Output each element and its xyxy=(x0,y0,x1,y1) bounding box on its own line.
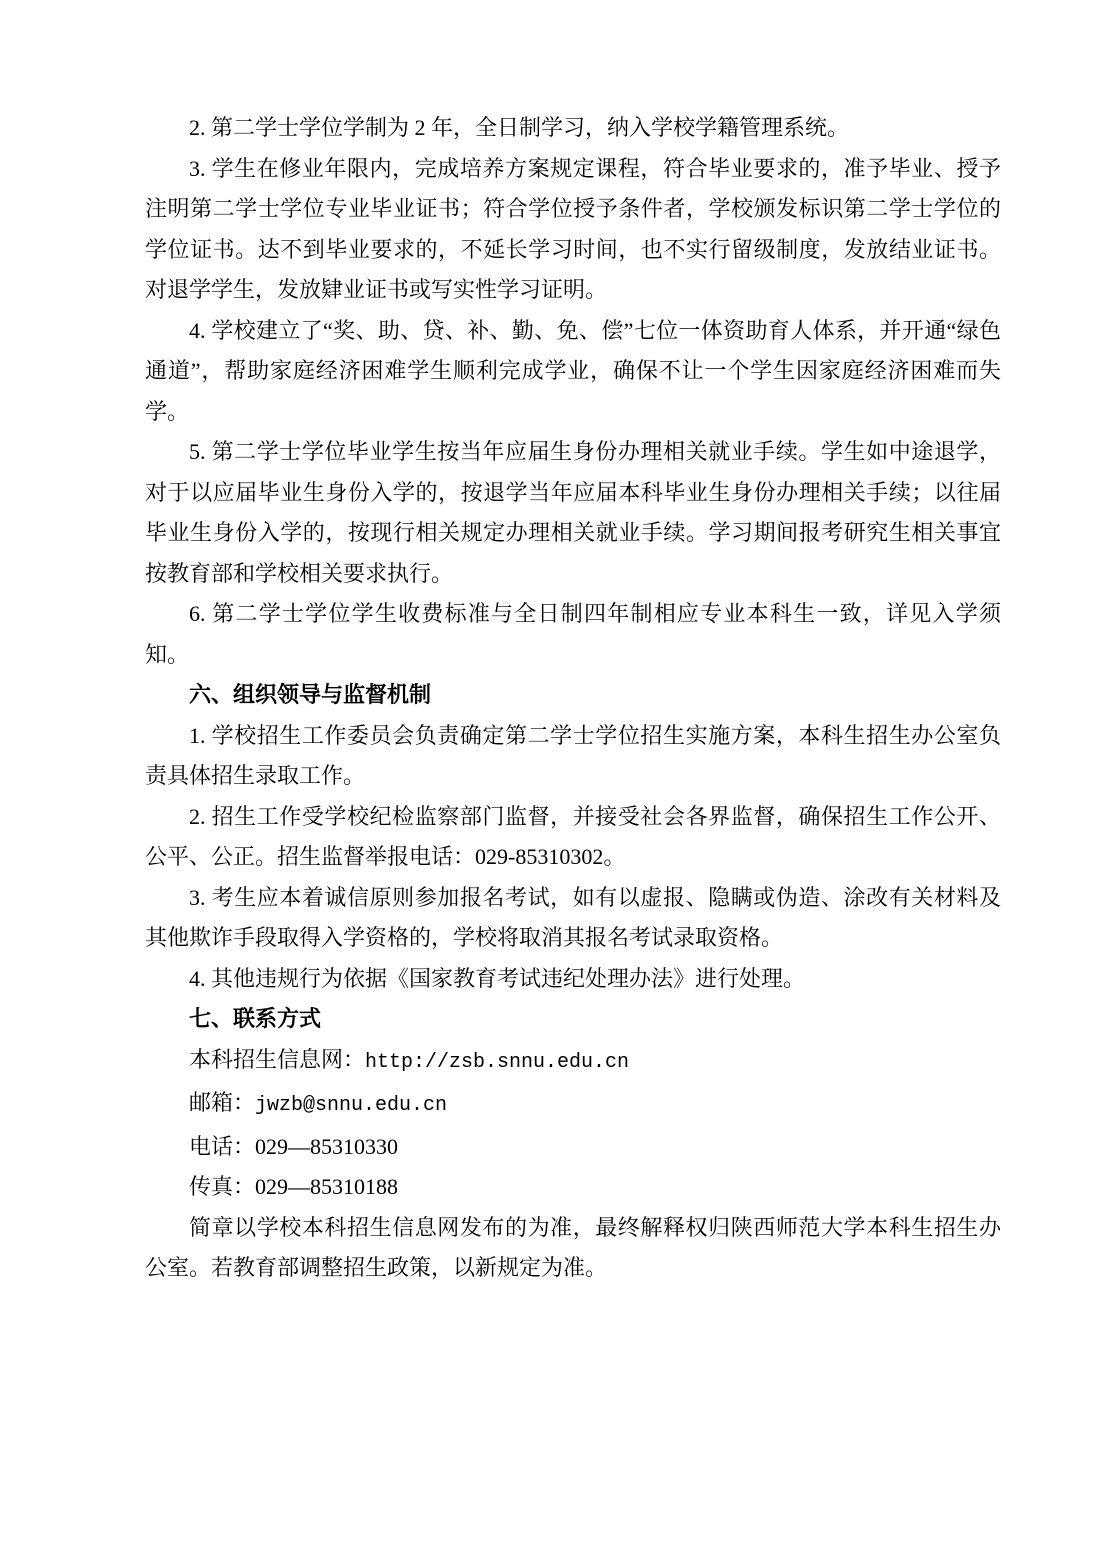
paragraph-graduation-rules: 3. 学生在修业年限内，完成培养方案规定课程，符合毕业要求的，准予毕业、授予注明… xyxy=(145,149,1001,311)
contact-website-label: 本科招生信息网： xyxy=(189,1047,365,1072)
contact-phone-label: 电话： xyxy=(189,1134,255,1159)
contact-phone-value: 029—85310330 xyxy=(255,1134,398,1159)
paragraph-disclaimer: 简章以学校本科招生信息网发布的为准，最终解释权归陕西师范大学本科生招生办公室。若… xyxy=(145,1208,1001,1289)
paragraph-admission-committee: 1. 学校招生工作委员会负责确定第二学士学位招生实施方案，本科生招生办公室负责具… xyxy=(145,716,1001,797)
paragraph-violation-handling: 4. 其他违规行为依据《国家教育考试违纪处理办法》进行处理。 xyxy=(145,959,1001,1000)
paragraph-tuition: 6. 第二学士学位学生收费标准与全日制四年制相应专业本科生一致，详见入学须知。 xyxy=(145,594,1001,675)
contact-website-line: 本科招生信息网：http://zsb.snnu.edu.cn xyxy=(145,1040,1001,1084)
contact-phone-line: 电话：029—85310330 xyxy=(145,1127,1001,1168)
contact-email-label: 邮箱： xyxy=(189,1090,255,1115)
section-heading-contact-info: 七、联系方式 xyxy=(145,999,1001,1040)
contact-fax-value: 029—85310188 xyxy=(255,1174,398,1199)
contact-fax-label: 传真： xyxy=(189,1174,255,1199)
paragraph-integrity-rules: 3. 考生应本着诚信原则参加报名考试，如有以虚报、隐瞒或伪造、涂改有关材料及其他… xyxy=(145,878,1001,959)
contact-email-line: 邮箱：jwzb@snnu.edu.cn xyxy=(145,1083,1001,1127)
document-page-content: 2. 第二学士学位学制为 2 年，全日制学习，纳入学校学籍管理系统。 3. 学生… xyxy=(145,108,1001,1289)
contact-website-url: http://zsb.snnu.edu.cn xyxy=(365,1051,629,1074)
paragraph-degree-duration: 2. 第二学士学位学制为 2 年，全日制学习，纳入学校学籍管理系统。 xyxy=(145,108,1001,149)
paragraph-supervision-hotline: 2. 招生工作受学校纪检监察部门监督，并接受社会各界监督，确保招生工作公开、公平… xyxy=(145,797,1001,878)
section-heading-organization-supervision: 六、组织领导与监督机制 xyxy=(145,675,1001,716)
contact-fax-line: 传真：029—85310188 xyxy=(145,1167,1001,1208)
paragraph-employment: 5. 第二学士学位毕业学生按当年应届生身份办理相关就业手续。学生如中途退学，对于… xyxy=(145,432,1001,594)
contact-email-value: jwzb@snnu.edu.cn xyxy=(255,1094,447,1117)
paragraph-financial-aid: 4. 学校建立了“奖、助、贷、补、勤、免、偿”七位一体资助育人体系，并开通“绿色… xyxy=(145,311,1001,433)
